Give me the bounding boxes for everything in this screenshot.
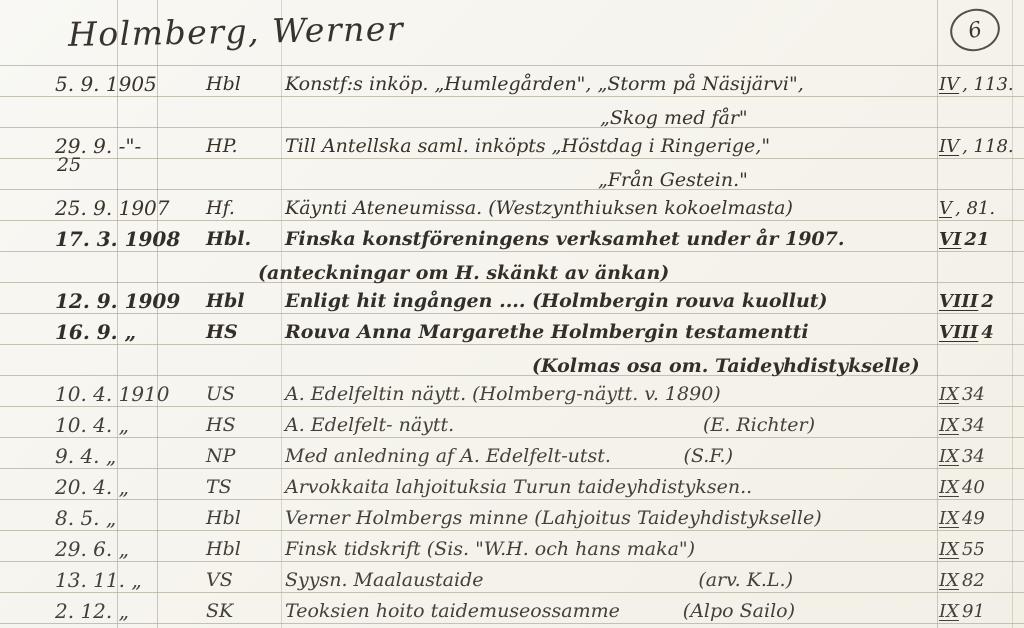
entry-text: Syysn. Maalaustaide (285, 571, 484, 590)
entry-description: Med anledning af A. Edelfelt-utst. (S.F.… (285, 447, 933, 466)
ledger-row: 13. 11. „ VS Syysn. Maalaustaide (arv. K… (0, 562, 1024, 593)
entry-date: 10. 4. 1910 (55, 384, 203, 404)
reference-page: 91 (962, 601, 985, 622)
entry-source: Hbl. (206, 230, 280, 249)
ledger-row: 10. 4. 1910 US A. Edelfeltin näytt. (Hol… (0, 376, 1024, 407)
entry-source: HS (206, 323, 280, 342)
entry-description: Enligt hit ingången .... (Holmbergin rou… (285, 292, 933, 311)
reference-volume: IX (939, 477, 959, 498)
entry-description: Syysn. Maalaustaide (arv. K.L.) (285, 571, 933, 590)
entry-text: Konstf:s inköp. „Humlegården", „Storm på… (285, 75, 804, 94)
entry-date: 29. 6. „ (55, 539, 203, 559)
ledger-row: 12. 9. 1909 Hbl Enligt hit ingången ....… (0, 283, 1024, 314)
entry-reference: IX49 (939, 510, 1019, 528)
reference-page: 49 (962, 508, 985, 529)
ledger-row: 17. 3. 1908 Hbl. Finska konstföreningens… (0, 221, 1024, 252)
entry-source: TS (206, 478, 280, 497)
entry-description: Verner Holmbergs minne (Lahjoitus Taidey… (285, 509, 933, 528)
entry-reference: VIII2 (939, 293, 1019, 311)
reference-page: 21 (964, 229, 989, 250)
entry-reference: V, 81. (939, 200, 1019, 218)
reference-page: 82 (962, 570, 985, 591)
entry-date: 2. 12. „ (55, 601, 203, 621)
entry-description: Teoksien hoito taidemuseossamme (Alpo Sa… (285, 602, 933, 621)
reference-volume: IV (939, 136, 959, 157)
entry-source: Hbl (206, 292, 280, 311)
entry-text: Arvokkaita lahjoituksia Turun taideyhdis… (285, 478, 752, 497)
ledger-row: 2. 12. „ SK Teoksien hoito taidemuseossa… (0, 593, 1024, 624)
entry-source: NP (206, 447, 280, 466)
entry-date: 29. 9. -"- (55, 136, 203, 156)
entry-reference: IX82 (939, 572, 1019, 590)
entry-source: US (206, 385, 280, 404)
entry-date: 12. 9. 1909 (55, 291, 203, 311)
reference-volume: VIII (939, 322, 978, 343)
entry-reference: IX40 (939, 479, 1019, 497)
entry-text: Käynti Ateneumissa. (Westzynthiuksen kok… (285, 199, 793, 218)
entry-source: Hbl (206, 509, 280, 528)
entry-description: Arvokkaita lahjoituksia Turun taideyhdis… (285, 478, 933, 497)
entry-reference: IX34 (939, 448, 1019, 466)
entry-source: SK (206, 602, 280, 621)
reference-volume: IX (939, 446, 959, 467)
entry-source: Hbl (206, 540, 280, 559)
index-card: Holmberg, Werner 6 5. 9. 1905 Hbl Konstf… (0, 0, 1024, 628)
page-number: 6 (966, 17, 984, 43)
entry-date: 9. 4. „ (55, 446, 203, 466)
reference-page: 34 (962, 415, 985, 436)
page-number-badge: 6 (946, 4, 1004, 55)
entry-reference: VI21 (939, 231, 1019, 249)
entry-reference: IV, 118. (939, 138, 1019, 156)
entry-description: Rouva Anna Margarethe Holmbergin testame… (285, 323, 933, 342)
entry-description: Finska konstföreningens verksamhet under… (285, 230, 933, 249)
reference-volume: IV (939, 74, 959, 95)
entry-note: (Alpo Sailo) (683, 602, 933, 621)
entry-description: Konstf:s inköp. „Humlegården", „Storm på… (285, 75, 933, 94)
entry-text: Finsk tidskrift (Sis. "W.H. och hans mak… (285, 540, 695, 559)
entry-reference: IX91 (939, 603, 1019, 621)
entry-source: VS (206, 571, 280, 590)
entry-date: 16. 9. „ (55, 322, 203, 342)
reference-page: 40 (962, 477, 985, 498)
entry-date: 13. 11. „ (55, 570, 203, 590)
ledger-row: 29. 9. -"- HP. Till Antellska saml. inkö… (0, 128, 1024, 159)
entry-description: Käynti Ateneumissa. (Westzynthiuksen kok… (285, 199, 933, 218)
entry-text: Med anledning af A. Edelfelt-utst. (285, 447, 611, 466)
entry-text: Rouva Anna Margarethe Holmbergin testame… (285, 323, 809, 342)
entry-note: (S.F.) (684, 447, 933, 466)
entry-date: 25. 9. 1907 (55, 198, 203, 218)
entry-text: Verner Holmbergs minne (Lahjoitus Taidey… (285, 509, 822, 528)
entry-continuation: (Kolmas osa om. Taideyhdistykselle) (532, 345, 920, 379)
entry-reference: IX55 (939, 541, 1019, 559)
entry-reference: IX34 (939, 386, 1019, 404)
entry-source: Hf. (206, 199, 280, 218)
entry-reference: IX34 (939, 417, 1019, 435)
entry-date-correction: 25 (57, 156, 81, 175)
reference-volume: VI (939, 229, 961, 250)
entry-continuation: „Från Gestein." (598, 159, 748, 193)
reference-page: , 118. (962, 136, 1014, 157)
entry-text: A. Edelfeltin näytt. (Holmberg-näytt. v.… (285, 385, 721, 404)
entry-note: (arv. K.L.) (698, 571, 933, 590)
reference-volume: IX (939, 539, 959, 560)
reference-volume: IX (939, 601, 959, 622)
reference-page: 34 (962, 384, 985, 405)
entry-text: Till Antellska saml. inköpts „Höstdag i … (285, 137, 770, 156)
entry-source: Hbl (206, 75, 280, 94)
reference-page: , 81. (955, 198, 995, 219)
reference-volume: V (939, 198, 952, 219)
entry-date: 20. 4. „ (55, 477, 203, 497)
page-title: Holmberg, Werner (68, 9, 405, 54)
entry-note: (E. Richter) (703, 416, 933, 435)
reference-volume: IX (939, 384, 959, 405)
entry-reference: IV, 113. (939, 76, 1019, 94)
ledger-row: 25. 9. 1907 Hf. Käynti Ateneumissa. (Wes… (0, 190, 1024, 221)
reference-volume: IX (939, 508, 959, 529)
entry-source: HS (206, 416, 280, 435)
entry-reference: VIII4 (939, 324, 1019, 342)
ledger-row: 9. 4. „ NP Med anledning af A. Edelfelt-… (0, 438, 1024, 469)
ledger-row: 20. 4. „ TS Arvokkaita lahjoituksia Turu… (0, 469, 1024, 500)
entry-description: A. Edelfeltin näytt. (Holmberg-näytt. v.… (285, 385, 933, 404)
entry-text: A. Edelfelt- näytt. (285, 416, 454, 435)
reference-page: 2 (981, 291, 994, 312)
ledger-row: 16. 9. „ HS Rouva Anna Margarethe Holmbe… (0, 314, 1024, 345)
ledger-row: 5. 9. 1905 Hbl Konstf:s inköp. „Humlegår… (0, 66, 1024, 97)
ledger-row: 29. 6. „ Hbl Finsk tidskrift (Sis. "W.H.… (0, 531, 1024, 562)
entry-continuation: „Skog med får" (600, 97, 748, 131)
entry-source: HP. (206, 137, 280, 156)
reference-volume: IX (939, 570, 959, 591)
entry-text: Enligt hit ingången .... (Holmbergin rou… (285, 292, 828, 311)
reference-page: 4 (981, 322, 994, 343)
entry-continuation: (anteckningar om H. skänkt av änkan) (258, 252, 669, 286)
entry-date: 10. 4. „ (55, 415, 203, 435)
entry-date: 17. 3. 1908 (55, 229, 203, 249)
reference-page: 55 (962, 539, 985, 560)
entry-description: Till Antellska saml. inköpts „Höstdag i … (285, 137, 933, 156)
reference-volume: IX (939, 415, 959, 436)
ledger-row: 10. 4. „ HS A. Edelfelt- näytt. (E. Rich… (0, 407, 1024, 438)
reference-page: , 113. (962, 74, 1014, 95)
entry-date: 8. 5. „ (55, 508, 203, 528)
reference-volume: VIII (939, 291, 978, 312)
ledger-row: 8. 5. „ Hbl Verner Holmbergs minne (Lahj… (0, 500, 1024, 531)
entry-text: Finska konstföreningens verksamhet under… (285, 230, 845, 249)
entry-date: 5. 9. 1905 (55, 74, 203, 94)
entry-text: Teoksien hoito taidemuseossamme (285, 602, 620, 621)
reference-page: 34 (962, 446, 985, 467)
entry-description: A. Edelfelt- näytt. (E. Richter) (285, 416, 933, 435)
entry-description: Finsk tidskrift (Sis. "W.H. och hans mak… (285, 540, 933, 559)
